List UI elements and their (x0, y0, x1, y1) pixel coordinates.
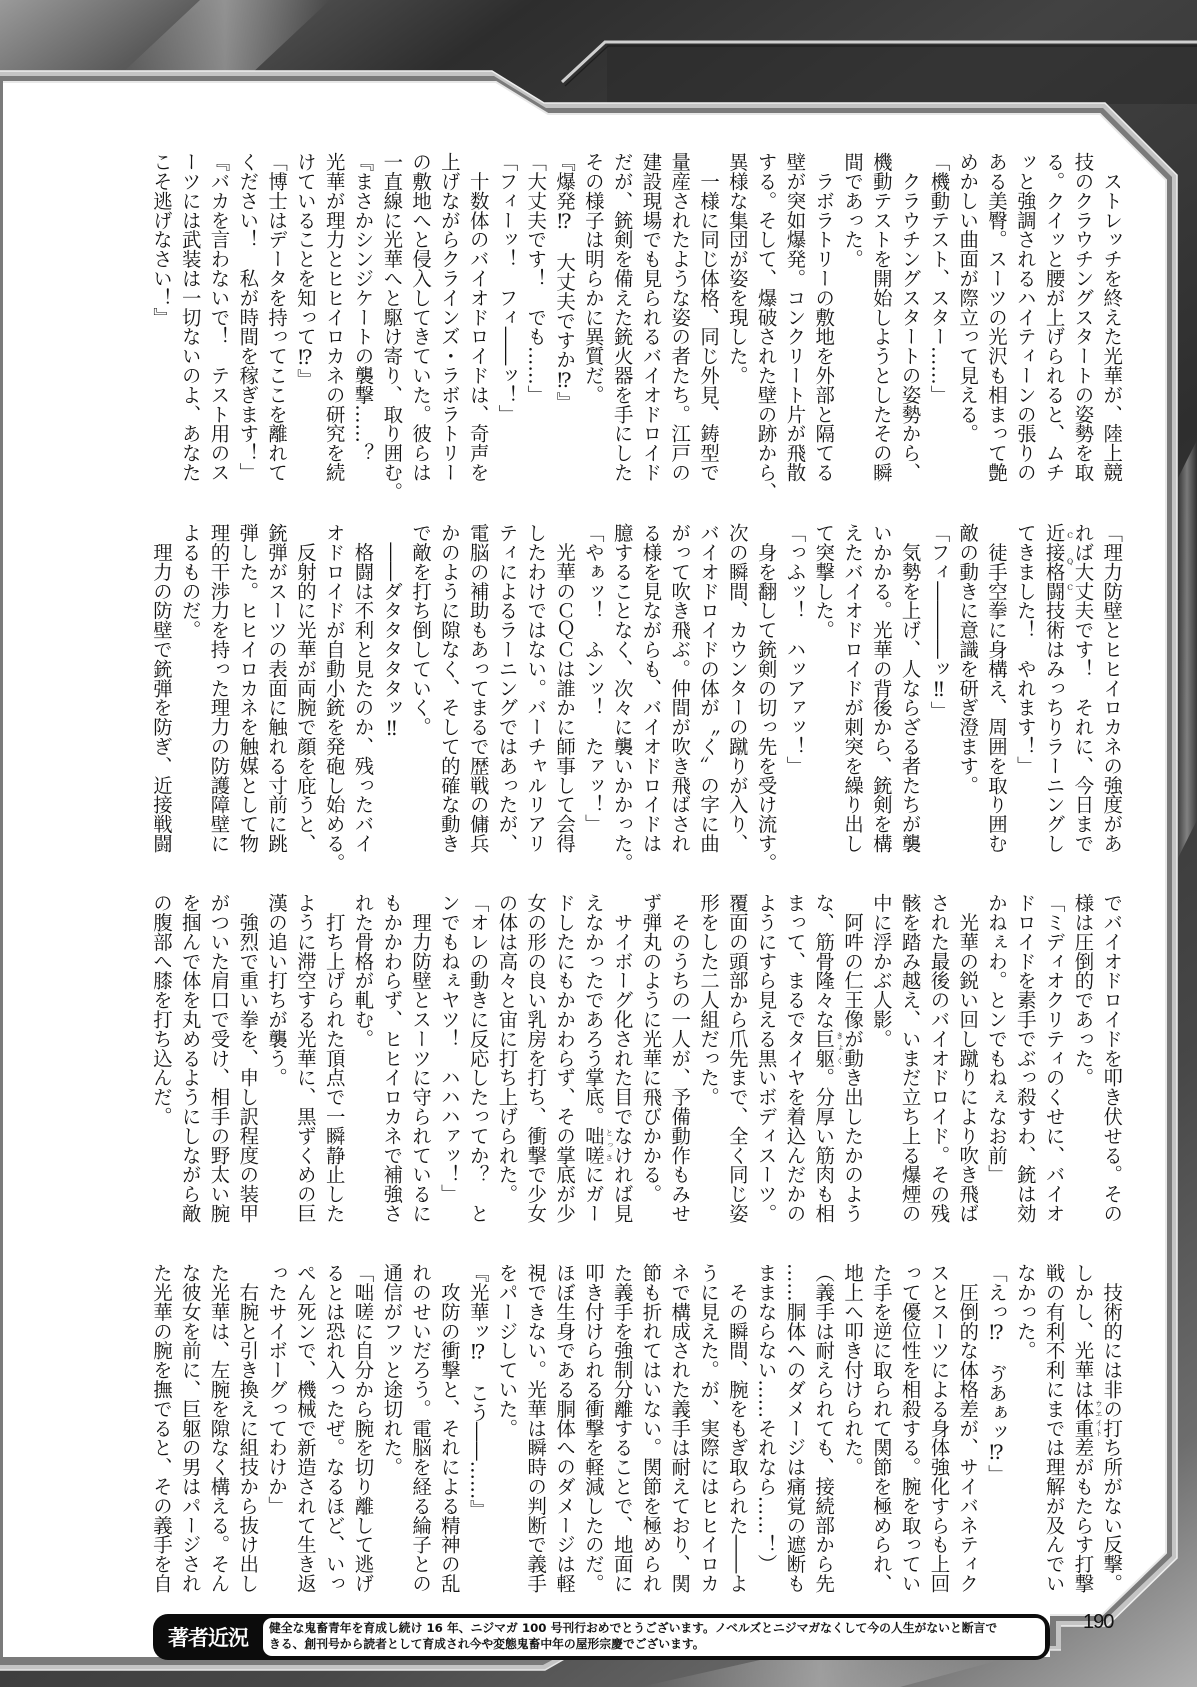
text-line: 壁が突如爆発。コンクリート片が飛散 (780, 152, 809, 482)
text-line: 形をした二人組だった。 (693, 893, 722, 1223)
text-line: 次の瞬間、カウンターの蹴りが入り、 (722, 523, 751, 853)
ruby-char: ょ (835, 1044, 843, 1052)
text-line: がって吹き飛ぶ。仲間が吹き飛ばされ (664, 523, 693, 853)
text-line: 右腕と引き換えに組技から抜け出し (232, 1263, 261, 1593)
text-line: 圧倒的な体格差が、サイバネティク (952, 1263, 981, 1593)
text-line: めかしい曲面が際立って見える。 (952, 152, 981, 482)
text-line: た光華は、左腕を隙なく構える。そん (204, 1263, 233, 1593)
text-line: 「理力防壁とヒヒイロカネの強度があ (1096, 523, 1125, 853)
text-line: 十数体のバイオドロイドは、奇声を (463, 152, 492, 482)
text-line: ――ダタタタタタッ‼ (376, 523, 405, 853)
text-line: 強烈で重い拳を、申し訳程度の装甲 (232, 893, 261, 1223)
text-line: ストレッチを終えた光華が、陸上競 (1096, 152, 1125, 482)
text-line: た手を逆に取られて関節を極められ、 (866, 1263, 895, 1593)
ruby-char: と (605, 1129, 613, 1137)
text-line: された最後のバイオドロイド。その残 (924, 893, 953, 1223)
text-line: ーツには武装は一切ないのよ、あなた (175, 152, 204, 482)
text-line: 漢の追い打ちが襲う。 (261, 893, 290, 1223)
text-band-2: 「理力防壁とヒヒイロカネの強度があれば大丈夫です！ それに、今日まで近接格闘CQ… (146, 523, 1125, 853)
text-line: た光華の腕を撫でると、その義手を自 (146, 1263, 175, 1593)
text-line: ぺん死ンで、機械で新造されて生き返 (290, 1263, 319, 1593)
text-line: しかし、光華は体重ウエイト差がもたらす打撃 (1068, 1263, 1097, 1593)
text-line: 視できない。光華は瞬時の判断で義手 (520, 1263, 549, 1593)
text-line: ように滞空する光華に、黒ずくめの巨 (290, 893, 319, 1223)
author-note-line: きる、創刊号から読者として育成され今や変態鬼畜中年の屋形宗慶でございます。 (269, 1637, 1039, 1653)
text-line: そのうちの一人が、予備動作もみせ (664, 893, 693, 1223)
text-line: 「っふッ！ ハッアァッ！」 (780, 523, 809, 853)
text-line: その瞬間、腕をもぎ取られた――よ (722, 1263, 751, 1593)
ruby-char: イ (1094, 1419, 1102, 1427)
text-segment: にガー (582, 1165, 605, 1223)
text-line: て突撃した。 (808, 523, 837, 853)
text-line: 技のクラウチングスタートの姿勢を取 (1068, 152, 1097, 482)
text-line: 徒手空拳に身構え、周囲を取り囲む (981, 523, 1010, 853)
text-line: ったサイボーグってわけか」 (261, 1263, 290, 1593)
ruby-annotation: きょく (835, 1029, 843, 1068)
author-note-label: 著者近況 (153, 1614, 263, 1660)
text-line: 異様な集団が姿を現した。 (722, 152, 751, 482)
text-line: 『バカを言わないで！ テスト用のス (204, 152, 233, 482)
text-line: 光華が理力とヒヒイロカネの研究を続 (319, 152, 348, 482)
text-line: ままならない……それなら……！） (751, 1263, 780, 1593)
text-line: かのように隙なく、そして的確な動き (434, 523, 463, 853)
text-line: 節も折れてはいない。関節を極められ (636, 1263, 665, 1593)
text-line: えたバイオドロイドが刺突を繰り出し (837, 523, 866, 853)
text-line: 「フィ――――ッ‼」 (924, 523, 953, 853)
text-line: もかかわらず、ヒヒイロカネで補強さ (376, 893, 405, 1223)
ruby-base-text: 体重 (1071, 1399, 1094, 1438)
author-note-line: 健全な鬼畜青年を育成し続け 16 年、ニジマガ 100 号刊行おめでとうございま… (269, 1621, 1039, 1637)
text-line: バイオドロイドの体が〝く〟の字に曲 (693, 523, 722, 853)
text-line: の体は高々と宙に打ち上げられた。 (492, 893, 521, 1223)
text-line: 上げながらクラインズ・ラボラトリー (434, 152, 463, 482)
text-line: ラボラトリーの敷地を外部と隔てる (808, 152, 837, 482)
text-line: 理力の防壁で銃弾を防ぎ、近接戦闘 (146, 523, 175, 853)
text-line: れた骨格が軋む。 (348, 893, 377, 1223)
text-line: な、筋骨隆々な巨躯きょく。分厚い筋肉も相 (808, 893, 837, 1223)
text-line: 弾した。ヒヒイロカネを触媒として物 (232, 523, 261, 853)
text-line: ず弾丸のように光華に飛びかかる。 (636, 893, 665, 1223)
text-line: ほぼ生身である胴体へのダメージは軽 (549, 1263, 578, 1593)
ruby-char: き (835, 1032, 843, 1040)
text-line: 光華のＣＱＣは誰かに師事して会得 (549, 523, 578, 853)
page-number: 190 (1083, 1611, 1113, 1634)
text-line: 「えっ⁉ ゔあぁッ⁉」 (981, 1263, 1010, 1593)
ruby-annotation: とっさ (605, 1126, 613, 1165)
text-line: を掴んで体を丸めるようにしながら敵 (175, 893, 204, 1223)
author-note-box: 著者近況 健全な鬼畜青年を育成し続け 16 年、ニジマガ 100 号刊行おめでと… (153, 1614, 1050, 1660)
text-line: でバイオドロイドを叩き伏せる。その (1096, 893, 1125, 1223)
text-line: た義手を強制分離することで、地面に (607, 1263, 636, 1593)
text-line: 覆面の頭部から爪先まで、全く同じ姿 (722, 893, 751, 1223)
ruby-char: ト (1094, 1429, 1102, 1437)
author-note-text: 健全な鬼畜青年を育成し続け 16 年、ニジマガ 100 号刊行おめでとうございま… (263, 1618, 1045, 1656)
text-line: 攻防の衝撃と、それによる精神の乱 (434, 1263, 463, 1593)
text-line: よるものだ。 (175, 523, 204, 853)
text-line: まって、まるでタイヤを着込んだかの (780, 893, 809, 1223)
text-line: る様を見ながらも、バイオドロイドは (636, 523, 665, 853)
text-line: 間であった。 (837, 152, 866, 482)
text-line: って優位性を相殺する。腕を取ってい (895, 1263, 924, 1593)
text-line: の敷地へと侵入してきていた。彼らは (405, 152, 434, 482)
text-line: 「ミディオクリティのくせに、バイオ (1039, 893, 1068, 1223)
text-line: 近接格闘CQC技術はみっちりラーニングし (1039, 523, 1068, 853)
text-line: 電脳の補助もあってまるで歴戦の傭兵 (463, 523, 492, 853)
text-line: 様は圧倒的であった。 (1068, 893, 1097, 1223)
ruby-char: C (1066, 531, 1074, 540)
text-line: 『光華ッ⁉ こう――……』 (463, 1263, 492, 1593)
ruby-base-text: 巨躯 (812, 1029, 835, 1068)
text-line: 『まさかシンジケートの襲撃……？ (348, 152, 377, 482)
ruby-char: っ (605, 1141, 613, 1149)
ruby-base: 巨躯きょく (812, 1029, 835, 1068)
text-line: ある美臀。スーツの光沢も相まって艶 (981, 152, 1010, 482)
text-line: る。クイッと腰が上げられると、ムチ (1039, 152, 1068, 482)
text-line: 「機動テスト、スター……」 (924, 152, 953, 482)
text-line: 「オレの動きに反応したってか？ と (463, 893, 492, 1223)
text-line: の腹部へ膝を打ち込んだ。 (146, 893, 175, 1223)
ruby-annotation: CQC (1066, 523, 1074, 601)
text-line: で敵を打ち倒していく。 (405, 523, 434, 853)
text-line: 敵の動きに意識を研ぎ澄ます。 (952, 523, 981, 853)
text-line: する。そして、爆破された壁の跡から、 (751, 152, 780, 482)
text-line: 量産されたような姿の者たち。江戸の (664, 152, 693, 482)
text-line: ……胴体へのダメージは痛覚の遮断も (780, 1263, 809, 1593)
text-line: かねぇわ。とンでもねぇなお前」 (981, 893, 1010, 1223)
text-line: サイボーグ化された目でなければ見 (607, 893, 636, 1223)
text-line: 女の形の良い乳房を打ち、衝撃で少女 (520, 893, 549, 1223)
text-line: 光華の鋭い回し蹴りにより吹き飛ば (952, 893, 981, 1223)
ruby-base: 近接格闘CQC (1043, 523, 1066, 601)
ruby-char: さ (605, 1154, 613, 1162)
ruby-base-text: 咄嗟 (582, 1126, 605, 1165)
text-line: 「咄嗟に自分から腕を切り離して逃げ (348, 1263, 377, 1593)
text-line: 気勢を上げ、人ならざる者たちが襲 (895, 523, 924, 853)
text-line: 反射的に光華が両腕で顔を庇うと、 (290, 523, 319, 853)
ruby-char: Q (1066, 557, 1074, 566)
text-band-3: でバイオドロイドを叩き伏せる。その様は圧倒的であった。「ミディオクリティのくせに… (146, 893, 1125, 1223)
text-line: れのせいだろう。電脳を経る綸子との (405, 1263, 434, 1593)
text-line: をパージしていた。 (492, 1263, 521, 1593)
text-line: 建設現場でも見られるバイオドロイド (636, 152, 665, 482)
text-line: ください！ 私が時間を稼ぎます！」 (232, 152, 261, 482)
text-line: 「博士はデータを持ってここを離れて (261, 152, 290, 482)
ruby-char: C (1066, 583, 1074, 592)
text-segment: えなかったであろう掌底。 (582, 893, 605, 1126)
text-line: だが、銃剣を備えた銃火器を手にした (607, 152, 636, 482)
text-line: 機動テストを開始しようとしたその瞬 (866, 152, 895, 482)
ruby-char: く (835, 1057, 843, 1065)
text-line: 打ち上げられた頂点で一瞬静止した (319, 893, 348, 1223)
text-line: なかった。 (1010, 1263, 1039, 1593)
text-line: 「フィーッ！ フィ――ッ！」 (492, 152, 521, 482)
text-line: 骸を踏み越え、いまだ立ち上る爆煙の (895, 893, 924, 1223)
text-line: 「大丈夫です！ でも……」 (520, 152, 549, 482)
ruby-char: エ (1094, 1410, 1102, 1418)
text-segment: 差がもたらす打撃 (1071, 1438, 1094, 1593)
text-line: ンでもねぇヤツ！ ハハハァッ！」 (434, 893, 463, 1223)
text-line: 理的干渉力を持った理力の防護障壁に (204, 523, 233, 853)
text-line: 通信がフッと途切れた。 (376, 1263, 405, 1593)
text-line: けていることを知って⁉』 (290, 152, 319, 482)
ruby-char: ウ (1094, 1400, 1102, 1408)
text-line: ドロイドを素手でぶっ殺すわ、銃は効 (1010, 893, 1039, 1223)
text-line: 一直線に光華へと駆け寄り、取り囲む。 (376, 152, 405, 482)
text-line: てきました！ やれます！」 (1010, 523, 1039, 853)
text-band-4: 技術的には非の打ち所がない反撃。しかし、光華は体重ウエイト差がもたらす打撃戦の有… (146, 1263, 1125, 1593)
text-line: スとスーツによる身体強化すらも上回 (924, 1263, 953, 1593)
article-text: ストレッチを終えた光華が、陸上競技のクラウチングスタートの姿勢を取る。クイッと腰… (0, 0, 1197, 1687)
text-line: な彼女を前に、巨躯の男はパージされ (175, 1263, 204, 1593)
text-line: クラウチングスタートの姿勢から、 (895, 152, 924, 482)
text-segment: 。分厚い筋肉も相 (812, 1068, 835, 1223)
text-line: えなかったであろう掌底。咄嗟とっさにガー (578, 893, 607, 1223)
text-line: うに見えた。が、実際にはヒヒイロカ (693, 1263, 722, 1593)
text-line: 銃弾がスーツの表面に触れる寸前に跳 (261, 523, 290, 853)
text-line: ッと強調されるハイティーンの張りの (1010, 152, 1039, 482)
text-line: 叩き付けられる衝撃を軽減したのだ。 (578, 1263, 607, 1593)
text-line: ティによるラーニングではあったが、 (492, 523, 521, 853)
text-line: るとは恐れ入ったぜ。なるほど、いっ (319, 1263, 348, 1593)
text-line: ドしたにもかかわらず、その掌底が少 (549, 893, 578, 1223)
text-line: （義手は耐えられても、接続部から先 (808, 1263, 837, 1593)
text-line: 身を翻して銃剣の切っ先を受け流す。 (751, 523, 780, 853)
text-segment: な、筋骨隆々な (812, 893, 835, 1029)
text-line: がついた肩口で受け、相手の野太い腕 (204, 893, 233, 1223)
text-line: ようにすら見える黒いボディスーツ。 (751, 893, 780, 1223)
text-line: 格闘は不利と見たのか、残ったバイ (348, 523, 377, 853)
text-line: 臆することなく、次々に襲いかかった。 (607, 523, 636, 853)
text-line: こそ逃げなさい！』 (146, 152, 175, 482)
text-line: 理力防壁とスーツに守られているに (405, 893, 434, 1223)
text-line: 地上へ叩き付けられた。 (837, 1263, 866, 1593)
text-line: オドロイドが自動小銃を発砲し始める。 (319, 523, 348, 853)
text-segment: 技術はみっちりラーニングし (1043, 601, 1066, 853)
ruby-base: 咄嗟とっさ (582, 1126, 605, 1165)
ruby-base: 体重ウエイト (1071, 1399, 1094, 1438)
text-line: いかかる。光華の背後から、銃剣を構 (866, 523, 895, 853)
text-line: 「やぁッ！ ふンッ！ たァッ！」 (578, 523, 607, 853)
text-line: 『爆発⁉ 大丈夫ですか⁉』 (549, 152, 578, 482)
text-band-1: ストレッチを終えた光華が、陸上競技のクラウチングスタートの姿勢を取る。クイッと腰… (146, 152, 1125, 482)
text-line: 中に浮かぶ人影。 (866, 893, 895, 1223)
text-line: 戦の有利不利にまでは理解が及んでい (1039, 1263, 1068, 1593)
text-line: その様子は明らかに異質だ。 (578, 152, 607, 482)
ruby-base-text: 近接格闘 (1043, 523, 1066, 601)
text-line: ネで構成された義手は耐えており、関 (664, 1263, 693, 1593)
ruby-annotation: ウエイト (1094, 1399, 1102, 1438)
text-segment: しかし、光華は (1071, 1263, 1094, 1399)
text-line: 一様に同じ体格、同じ外見、鋳型で (693, 152, 722, 482)
text-line: したわけではない。バーチャルリアリ (520, 523, 549, 853)
